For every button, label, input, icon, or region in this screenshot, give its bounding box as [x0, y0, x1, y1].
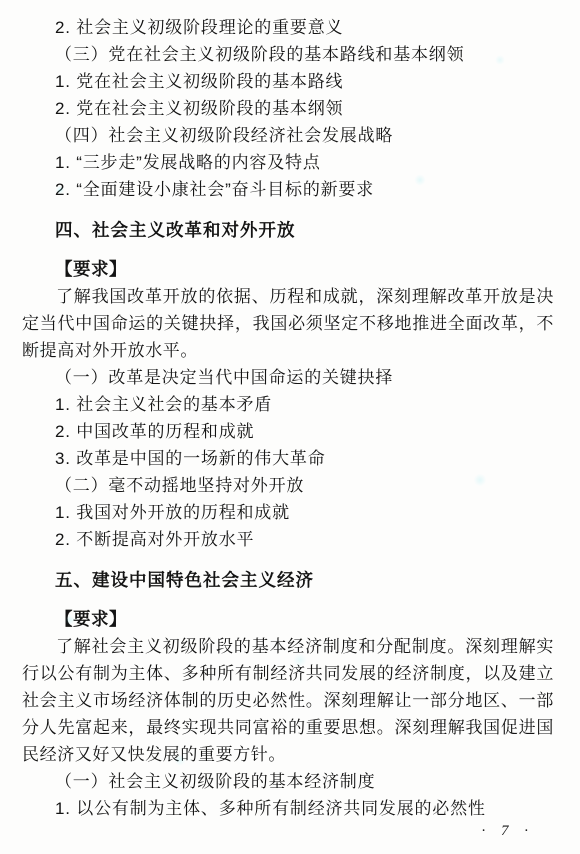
- outline-item: （二）毫不动摇地坚持对外开放: [22, 472, 554, 499]
- requirement-label: 【要求】: [22, 606, 554, 633]
- outline-item: 2. “全面建设小康社会”奋斗目标的新要求: [22, 176, 554, 203]
- outline-item: 2. 不断提高对外开放水平: [22, 526, 554, 553]
- outline-item: 1. 我国对外开放的历程和成就: [22, 499, 554, 526]
- outline-item: 1. “三步走”发展战略的内容及特点: [22, 149, 554, 176]
- outline-item: 1. 社会主义社会的基本矛盾: [22, 391, 554, 418]
- outline-item: 1. 党在社会主义初级阶段的基本路线: [22, 68, 554, 95]
- outline-item: 2. 社会主义初级阶段理论的重要意义: [22, 14, 554, 41]
- outline-item: （四）社会主义初级阶段经济社会发展战略: [22, 122, 554, 149]
- outline-item: 2. 党在社会主义初级阶段的基本纲领: [22, 95, 554, 122]
- requirement-paragraph: 了解社会主义初级阶段的基本经济制度和分配制度。深刻理解实行以公有制为主体、多种所…: [22, 633, 554, 768]
- section-heading-economy: 五、建设中国特色社会主义经济: [22, 567, 554, 594]
- requirement-label: 【要求】: [22, 256, 554, 283]
- outline-item: 3. 改革是中国的一场新的伟大革命: [22, 445, 554, 472]
- requirement-paragraph: 了解我国改革开放的依据、历程和成就，深刻理解改革开放是决定当代中国命运的关键抉择…: [22, 283, 554, 364]
- page-number: · 7 ·: [482, 823, 535, 840]
- outline-item: 2. 中国改革的历程和成就: [22, 418, 554, 445]
- outline-item: （一）改革是决定当代中国命运的关键抉择: [22, 364, 554, 391]
- document-page: 2. 社会主义初级阶段理论的重要意义 （三）党在社会主义初级阶段的基本路线和基本…: [0, 0, 580, 854]
- section-heading-reform: 四、社会主义改革和对外开放: [22, 217, 554, 244]
- outline-item: 1. 以公有制为主体、多种所有制经济共同发展的必然性: [22, 795, 554, 822]
- outline-item: （三）党在社会主义初级阶段的基本路线和基本纲领: [22, 41, 554, 68]
- outline-item: （一）社会主义初级阶段的基本经济制度: [22, 768, 554, 795]
